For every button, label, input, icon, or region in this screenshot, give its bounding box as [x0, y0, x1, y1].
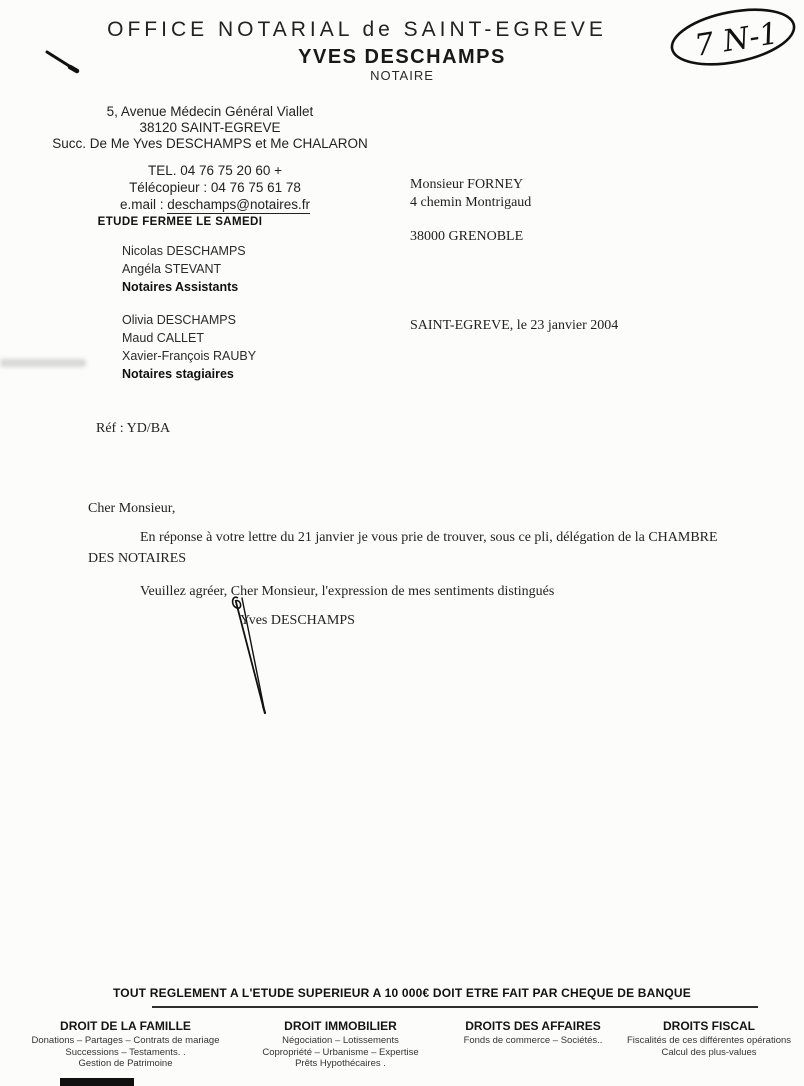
closed-notice: ETUDE FERMEE LE SAMEDI [60, 216, 300, 228]
footer-column-line: Donations – Partages – Contrats de maria… [8, 1035, 243, 1047]
footer-column-line: Calcul des plus-values [616, 1047, 802, 1059]
footer-column-line: Négociation – Lotissements [243, 1035, 438, 1047]
reference-line: Réf : YD/BA [96, 421, 170, 437]
footer-rule [152, 1006, 758, 1008]
body-line: En réponse à votre lettre du 21 janvier … [140, 530, 718, 546]
contact-block: TEL. 04 76 75 20 60 + Télécopieur : 04 7… [60, 162, 370, 213]
recipient-name: Monsieur FORNEY [410, 176, 531, 194]
footer-column-immobilier: DROIT IMMOBILIER Négociation – Lotisseme… [243, 1019, 438, 1070]
staff-member: Angéla STEVANT [122, 260, 256, 278]
address-line: 5, Avenue Médecin Général Viallet [30, 104, 390, 120]
tel-line: TEL. 04 76 75 20 60 + [60, 162, 370, 179]
footer-column-title: DROIT IMMOBILIER [243, 1019, 438, 1033]
footer-notice: TOUT REGLEMENT A L'ETUDE SUPERIEUR A 10 … [0, 986, 804, 1000]
footer-column-famille: DROIT DE LA FAMILLE Donations – Partages… [8, 1019, 243, 1070]
email-line: e.mail : deschamps@notaires.fr [60, 196, 370, 213]
footer-column-line: Successions – Testaments. . [8, 1047, 243, 1059]
email-label: e.mail : [120, 197, 167, 212]
staff-group-title: Notaires stagiaires [122, 365, 256, 383]
footer-column-line: Fiscalités de ces différentes opérations [616, 1035, 802, 1047]
footer-column-line: Fonds de commerce – Sociétés.. [438, 1035, 628, 1047]
address-line: Succ. De Me Yves DESCHAMPS et Me CHALARO… [30, 136, 390, 152]
staff-block: Nicolas DESCHAMPS Angéla STEVANT Notaire… [122, 242, 256, 383]
address-block: 5, Avenue Médecin Général Viallet 38120 … [30, 104, 390, 152]
staff-member: Xavier-François RAUBY [122, 347, 256, 365]
footer-column-line: Copropriété – Urbanisme – Expertise [243, 1047, 438, 1059]
staff-member: Maud CALLET [122, 329, 256, 347]
signature-stroke-icon [218, 592, 288, 717]
recipient-city: 38000 GRENOBLE [410, 228, 531, 246]
stamp-text: 7 N-1 [692, 16, 781, 64]
salutation: Cher Monsieur, [88, 501, 175, 517]
scan-artifact-bar [60, 1078, 134, 1086]
footer-column-title: DROIT DE LA FAMILLE [8, 1019, 243, 1033]
handwritten-stamp-icon: 7 N-1 [666, 4, 800, 72]
fax-line: Télécopieur : 04 76 75 61 78 [60, 179, 370, 196]
footer-column-fiscal: DROITS FISCAL Fiscalités de ces différen… [616, 1019, 802, 1058]
body-line: DES NOTAIRES [88, 551, 186, 567]
staff-member: Nicolas DESCHAMPS [122, 242, 256, 260]
scanned-letter-page: OFFICE NOTARIAL de SAINT-EGREVE YVES DES… [0, 0, 804, 1086]
footer-column-line: Prêts Hypothécaires . [243, 1058, 438, 1070]
scan-smudge [0, 359, 86, 367]
recipient-street: 4 chemin Montrigaud [410, 194, 531, 212]
recipient-block: Monsieur FORNEY 4 chemin Montrigaud 3800… [410, 176, 531, 246]
closing-line: Veuillez agréer, Cher Monsieur, l'expres… [140, 584, 554, 600]
footer-column-affaires: DROITS DES AFFAIRES Fonds de commerce – … [438, 1019, 628, 1047]
footer-column-title: DROITS FISCAL [616, 1019, 802, 1033]
footer-column-title: DROITS DES AFFAIRES [438, 1019, 628, 1033]
address-line: 38120 SAINT-EGREVE [30, 120, 390, 136]
office-title: OFFICE NOTARIAL de SAINT-EGREVE [0, 18, 714, 42]
staff-member: Olivia DESCHAMPS [122, 311, 256, 329]
footer-column-line: Gestion de Patrimoine [8, 1058, 243, 1070]
dateline: SAINT-EGREVE, le 23 janvier 2004 [410, 318, 618, 334]
email-address: deschamps@notaires.fr [167, 197, 310, 214]
staff-group-title: Notaires Assistants [122, 278, 256, 296]
